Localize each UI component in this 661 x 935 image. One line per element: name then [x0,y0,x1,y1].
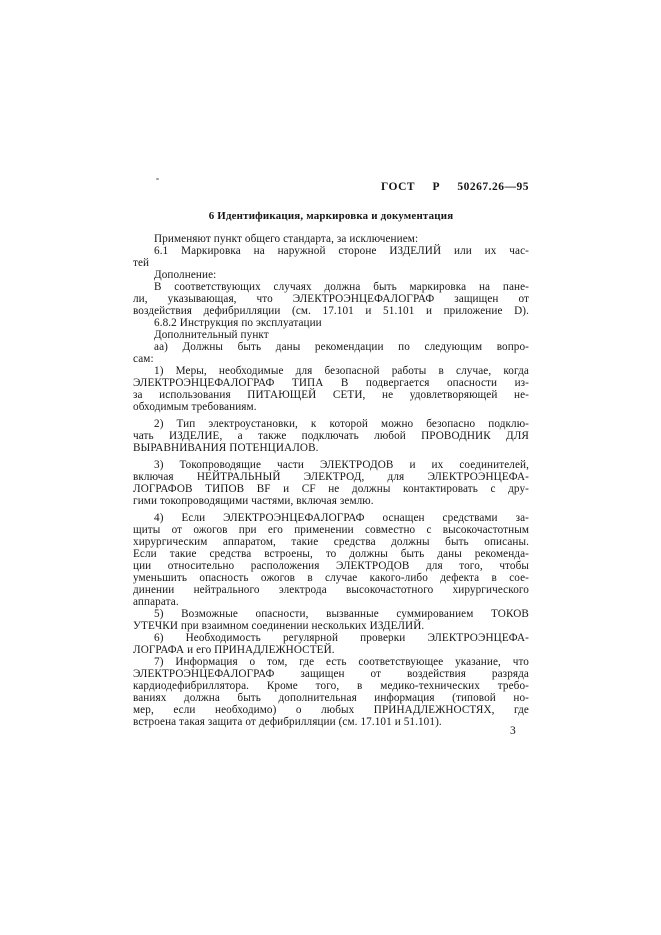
text-line: аппарата. [133,596,529,608]
text-line: сам: [133,353,529,365]
text-line: ЛОГРАФОВ ТИПОВ BF и CF не должны контакт… [133,483,529,495]
text-line: аа) Должны быть даны рекомендации по сле… [133,341,529,353]
text-line: ЭЛЕКТРОЭНЦЕФАЛОГРАФ защищен от воздейств… [133,668,529,680]
text-line: ВЫРАВНИВАНИЯ ПОТЕНЦИАЛОВ. [133,442,529,454]
text-line: за использования ПИТАЮЩЕЙ СЕТИ, не удовл… [133,389,529,401]
text-line: ЭЛЕКТРОЭНЦЕФАЛОГРАФ ТИПА В подвергается … [133,377,529,389]
text-line: воздействия дефибрилляции (см. 17.101 и … [133,305,529,317]
text-line: Если такие средства встроены, то должны … [133,548,529,560]
text-line: ваниях должна быть дополнительная информ… [133,692,529,704]
text-line: УТЕЧКИ при взаимном соединении нескольки… [133,620,529,632]
text-line: тей [133,257,529,269]
text-line: 5) Возможные опасности, вызванные суммир… [133,608,529,620]
text-line: мер, если необходимо) о любых ПРИНАДЛЕЖН… [133,704,529,716]
text-line: 6.8.2 Инструкция по эксплуатации [133,317,529,329]
text-line: гими токопроводящими частями, включая зе… [133,495,529,507]
text-line: включая НЕЙТРАЛЬНЫЙ ЭЛЕКТРОД, для ЭЛЕКТР… [133,471,529,483]
text-line: ли, указывающая, что ЭЛЕКТРОЭНЦЕФАЛОГРАФ… [133,293,529,305]
text-line: кардиодефибриллятора. Кроме того, в меди… [133,680,529,692]
document-page: ГОСТ Р 50267.26—95 6 Идентификация, марк… [0,0,661,935]
text-line: 3) Токопроводящие части ЭЛЕКТРОДОВ и их … [133,459,529,471]
text-line: 6) Необходимость регулярной проверки ЭЛЕ… [133,632,529,644]
scan-artifact-dot [156,178,159,180]
text-line: ЛОГРАФА и его ПРИНАДЛЕЖНОСТЕЙ. [133,644,529,656]
section-heading: 6 Идентификация, маркировка и документац… [133,210,529,222]
text-line: 4) Если ЭЛЕКТРОЭНЦЕФАЛОГРАФ оснащен сред… [133,512,529,524]
text-line: Дополнение: [133,269,529,281]
text-line: В соответствующих случаях должна быть ма… [133,281,529,293]
text-line: обходимым требованиям. [133,401,529,413]
text-line: 2) Тип электроустановки, к которой можно… [133,418,529,430]
text-line: 7) Информация о том, где есть соответств… [133,656,529,668]
text-line: уменьшить опасность ожогов в случае како… [133,572,529,584]
text-line: ции относительно расположения ЭЛЕКТРОДОВ… [133,560,529,572]
text-line: 6.1 Маркировка на наружной стороне ИЗДЕЛ… [133,245,529,257]
page-number: 3 [510,725,516,737]
text-line: Применяют пункт общего стандарта, за иск… [133,233,529,245]
text-line: хирургическим аппаратом, такие средства … [133,536,529,548]
document-body-text: Применяют пункт общего стандарта, за иск… [133,233,529,728]
text-line: Дополнительный пункт [133,329,529,341]
standard-code-header: ГОСТ Р 50267.26—95 [381,181,529,193]
text-line: динении нейтрального электрода высокочас… [133,584,529,596]
text-line: чать ИЗДЕЛИЕ, а также подключать любой П… [133,430,529,442]
text-line: встроена такая защита от дефибрилляции (… [133,716,529,728]
text-line: 1) Меры, необходимые для безопасной рабо… [133,365,529,377]
text-line: щиты от ожогов при его применении совмес… [133,524,529,536]
